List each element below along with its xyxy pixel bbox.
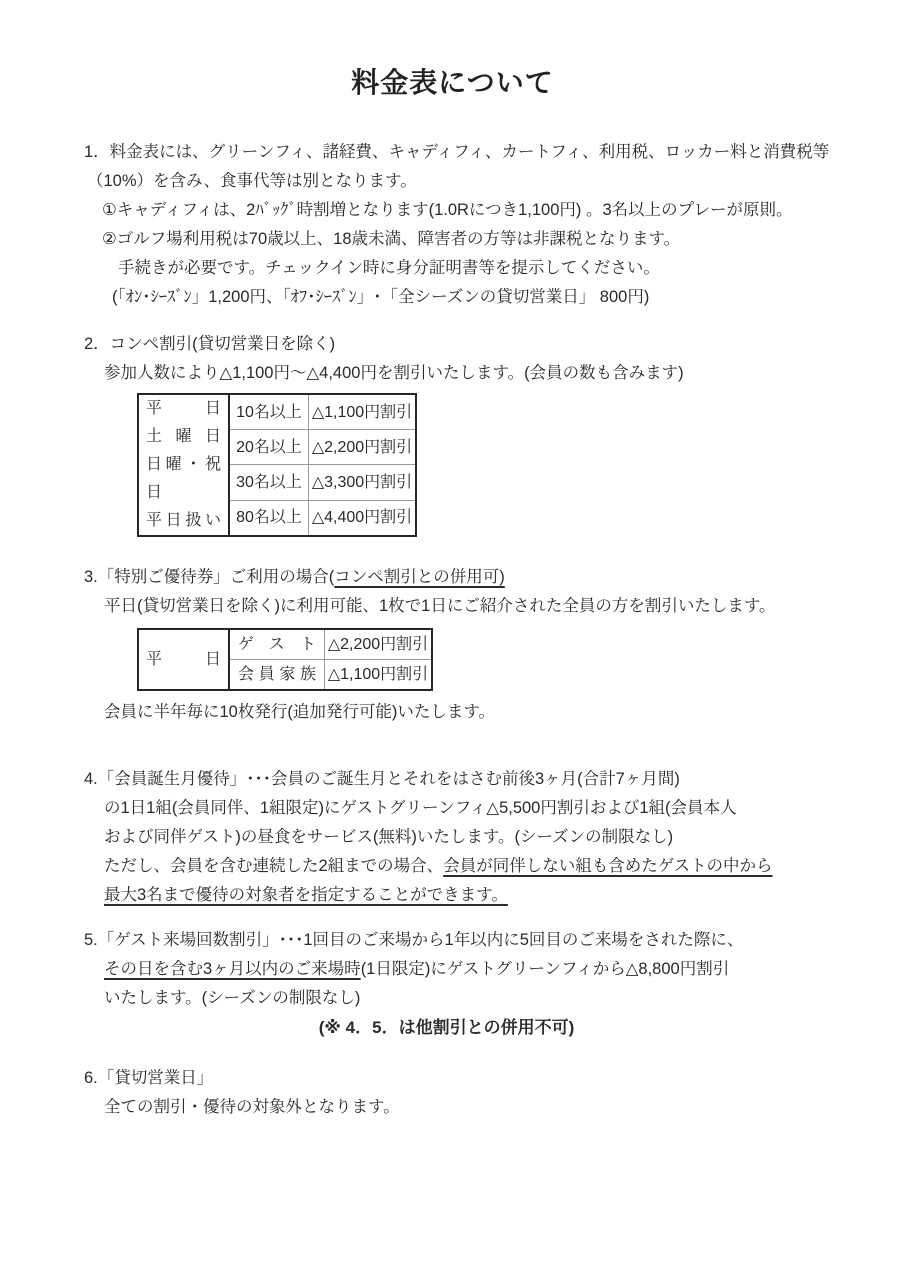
compe-discount-table: 平日 土曜日 日曜・祝日 平日扱い 10名以上 △1,100円割引 20名以上 … <box>137 393 417 537</box>
day-type-cell: 平日 <box>138 629 229 690</box>
guest-type-cell: ゲスト <box>229 629 325 660</box>
discount-amount-cell: △2,200円割引 <box>325 629 433 660</box>
section-1-note-tax: ②ゴルフ場利用税は70歳以上、18歳未満、障害者の方等は非課税となります。 <box>84 225 869 254</box>
guest-type-cell: 会員家族 <box>229 660 325 691</box>
day-type-saturday: 土曜日 <box>139 423 228 451</box>
section-4-line-4: ただし、会員を含む連続した2組までの場合、会員が同伴しない組も含めたゲストの中か… <box>84 852 869 881</box>
day-type-weekday: 平日 <box>139 650 228 670</box>
day-type-weekday-treated: 平日扱い <box>139 507 228 535</box>
section-6-heading: 6.「貸切営業日」 <box>84 1064 869 1093</box>
participant-count-cell: 10名以上 <box>229 394 309 430</box>
participant-count-cell: 30名以上 <box>229 465 309 500</box>
table-row: 平日 ゲスト △2,200円割引 <box>138 629 432 660</box>
day-type-sunday-holiday: 日曜・祝日 <box>139 451 228 507</box>
section-4-line-2: の1日1組(会員同伴、1組限定)にゲストグリーンフィ△5,500円割引および1組… <box>84 794 869 823</box>
section-compe-discount: 2．コンペ割引(貸切営業日を除く) 参加人数により△1,100円～△4,400円… <box>84 330 869 537</box>
participant-count-cell: 80名以上 <box>229 500 309 536</box>
section-5-line-2-underlined: その日を含む3ヶ月以内のご来場時 <box>104 960 361 978</box>
section-4-line-4-text: ただし、会員を含む連続した2組までの場合、 <box>104 857 443 875</box>
section-4-line-5-underlined: 最大3名まで優待の対象者を指定することができます。 <box>104 886 508 904</box>
section-1-note-caddie: ①キャディフィは、2ﾊﾞｯｸﾞ時割増となります(1.0Rにつき1,100円) 。… <box>84 196 869 225</box>
discount-amount-cell: △2,200円割引 <box>309 430 417 465</box>
document-page: 料金表について 1．料金表には、グリーンフィ、諸経費、キャディフィ、カートフィ、… <box>0 0 905 1280</box>
section-3-heading-underlined: コンペ割引との併用可) <box>334 568 505 586</box>
day-type-weekday: 平日 <box>139 395 228 423</box>
section-1-note-season-prices: (「ｵﾝ･ｼｰｽﾞﾝ」1,200円、「ｵﾌ･ｼｰｽﾞﾝ」･「全シーズンの貸切営業… <box>84 283 869 312</box>
section-1-note-procedure: 手続きが必要です。チェックイン時に身分証明書等を提示してください。 <box>84 254 869 283</box>
section-4-heading: 4.「会員誕生月優待」･･･会員のご誕生月とそれをはさむ前後3ヶ月(合計7ヶ月間… <box>84 765 869 794</box>
section-1-heading: 1．料金表には、グリーンフィ、諸経費、キャディフィ、カートフィ、利用税、ロッカー… <box>84 138 869 167</box>
section-1-line-2: （10%）を含み、食事代等は別となります。 <box>84 167 869 196</box>
section-3-line-2: 平日(貸切営業日を除く)に利用可能、1枚で1日にご紹介された全員の方を割引いたし… <box>84 592 869 621</box>
page-title: 料金表について <box>0 0 905 104</box>
section-5-heading: 5.「ゲスト来場回数割引」･･･1回目のご来場から1年以内に5回目のご来場をされ… <box>84 926 869 955</box>
section-2-heading: 2．コンペ割引(貸切営業日を除く) <box>84 330 869 359</box>
discount-amount-cell: △4,400円割引 <box>309 500 417 536</box>
section-4-line-3: および同伴ゲスト)の昼食をサービス(無料)いたします。(シーズンの制限なし) <box>84 823 869 852</box>
participant-count-cell: 20名以上 <box>229 430 309 465</box>
section-birthday-privilege: 4.「会員誕生月優待」･･･会員のご誕生月とそれをはさむ前後3ヶ月(合計7ヶ月間… <box>84 765 869 910</box>
no-combination-note: (※ 4．5．は他割引との併用不可) <box>84 1013 809 1042</box>
discount-amount-cell: △1,100円割引 <box>309 394 417 430</box>
discount-amount-cell: △3,300円割引 <box>309 465 417 500</box>
section-3-heading: 3.「特別ご優待券」ご利用の場合(コンペ割引との併用可) <box>84 563 869 592</box>
section-2-line-2: 参加人数により△1,100円～△4,400円を割引いたします。(会員の数も含みま… <box>84 359 869 388</box>
section-3-heading-text: 3.「特別ご優待券」ご利用の場合( <box>84 568 334 586</box>
section-5-line-2: その日を含む3ヶ月以内のご来場時(1日限定)にゲストグリーンフィから△8,800… <box>84 955 869 984</box>
section-fees-overview: 1．料金表には、グリーンフィ、諸経費、キャディフィ、カートフィ、利用税、ロッカー… <box>84 138 869 312</box>
section-6-line-2: 全ての割引・優待の対象外となります。 <box>84 1093 869 1122</box>
section-4-line-5: 最大3名まで優待の対象者を指定することができます。 <box>84 881 869 910</box>
day-type-cell: 平日 土曜日 日曜・祝日 平日扱い <box>138 394 229 536</box>
special-coupon-table: 平日 ゲスト △2,200円割引 会員家族 △1,100円割引 <box>137 628 433 691</box>
section-private-business-day: 6.「貸切営業日」 全ての割引・優待の対象外となります。 <box>84 1064 869 1122</box>
discount-amount-cell: △1,100円割引 <box>325 660 433 691</box>
section-4-line-4-underlined: 会員が同伴しない組も含めたゲストの中から <box>443 857 772 875</box>
section-3-issue-note: 会員に半年毎に10枚発行(追加発行可能)いたします。 <box>84 698 869 727</box>
section-guest-visit-discount: 5.「ゲスト来場回数割引」･･･1回目のご来場から1年以内に5回目のご来場をされ… <box>84 926 869 1042</box>
section-5-line-3: いたします。(シーズンの制限なし) <box>84 984 869 1013</box>
table-row: 平日 土曜日 日曜・祝日 平日扱い 10名以上 △1,100円割引 <box>138 394 416 430</box>
section-special-coupon: 3.「特別ご優待券」ご利用の場合(コンペ割引との併用可) 平日(貸切営業日を除く… <box>84 563 869 727</box>
document-body: 1．料金表には、グリーンフィ、諸経費、キャディフィ、カートフィ、利用税、ロッカー… <box>0 138 905 1122</box>
section-5-line-2-text: (1日限定)にゲストグリーンフィから△8,800円割引 <box>361 960 730 978</box>
